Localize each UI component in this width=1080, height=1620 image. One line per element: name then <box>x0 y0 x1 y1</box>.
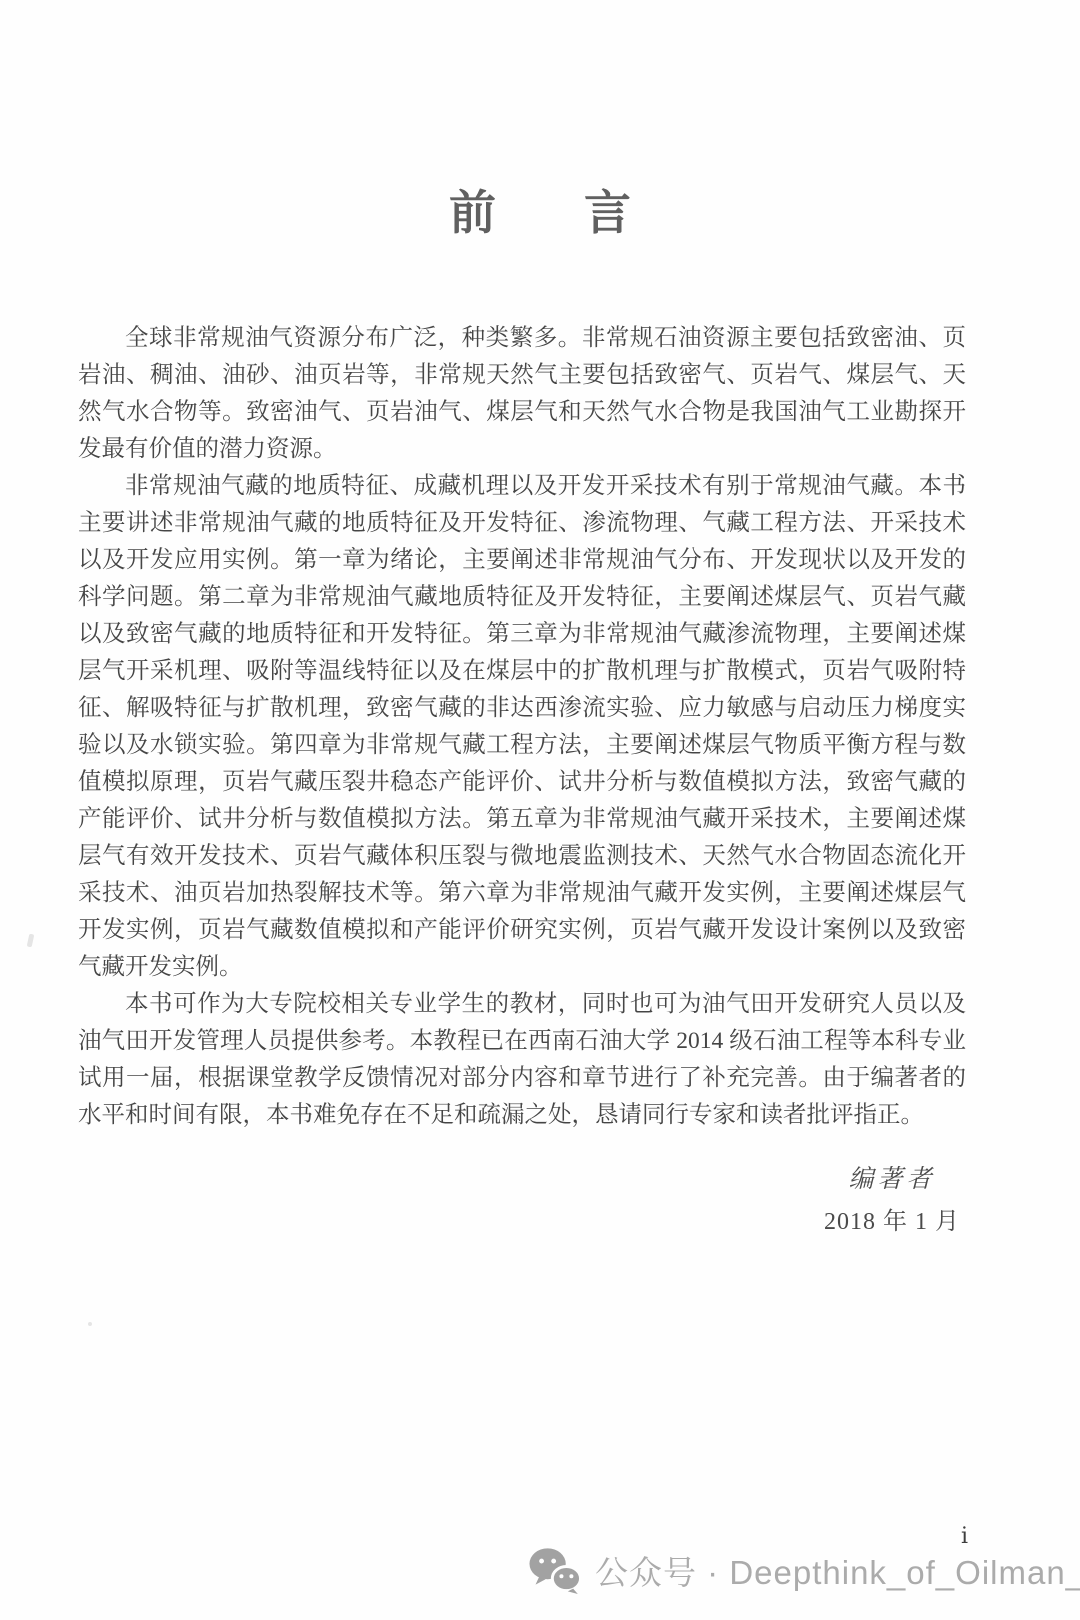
title-char-1: 前 <box>449 176 496 243</box>
title-char-2: 言 <box>584 176 631 243</box>
page-title: 前言 <box>0 176 1080 243</box>
paragraph-overview: 全球非常规油气资源分布广泛，种类繁多。非常规石油资源主要包括致密油、页岩油、稠油… <box>78 320 966 468</box>
page-number: i <box>961 1524 968 1549</box>
scan-artifact <box>88 1322 92 1326</box>
signature-block: 编著者 2018 年 1 月 <box>824 1160 960 1244</box>
document-page: 前言 全球非常规油气资源分布广泛，种类繁多。非常规石油资源主要包括致密油、页岩油… <box>0 0 1080 1620</box>
preface-body: 全球非常规油气资源分布广泛，种类繁多。非常规石油资源主要包括致密油、页岩油、稠油… <box>78 320 966 1244</box>
watermark: 公众号 · Deepthink_of_Oilman_ <box>528 1547 1080 1594</box>
watermark-text: 公众号 · Deepthink_of_Oilman_ <box>595 1547 1080 1594</box>
signature-date: 2018 年 1 月 <box>824 1200 960 1244</box>
paragraph-chapters: 非常规油气藏的地质特征、成藏机理以及开发开采技术有别于常规油气藏。本书主要讲述非… <box>78 468 966 986</box>
wechat-icon <box>528 1547 582 1594</box>
scan-artifact <box>27 934 35 948</box>
paragraph-audience: 本书可作为大专院校相关专业学生的教材，同时也可为油气田开发研究人员以及油气田开发… <box>78 986 966 1134</box>
signature-author: 编著者 <box>824 1160 960 1200</box>
